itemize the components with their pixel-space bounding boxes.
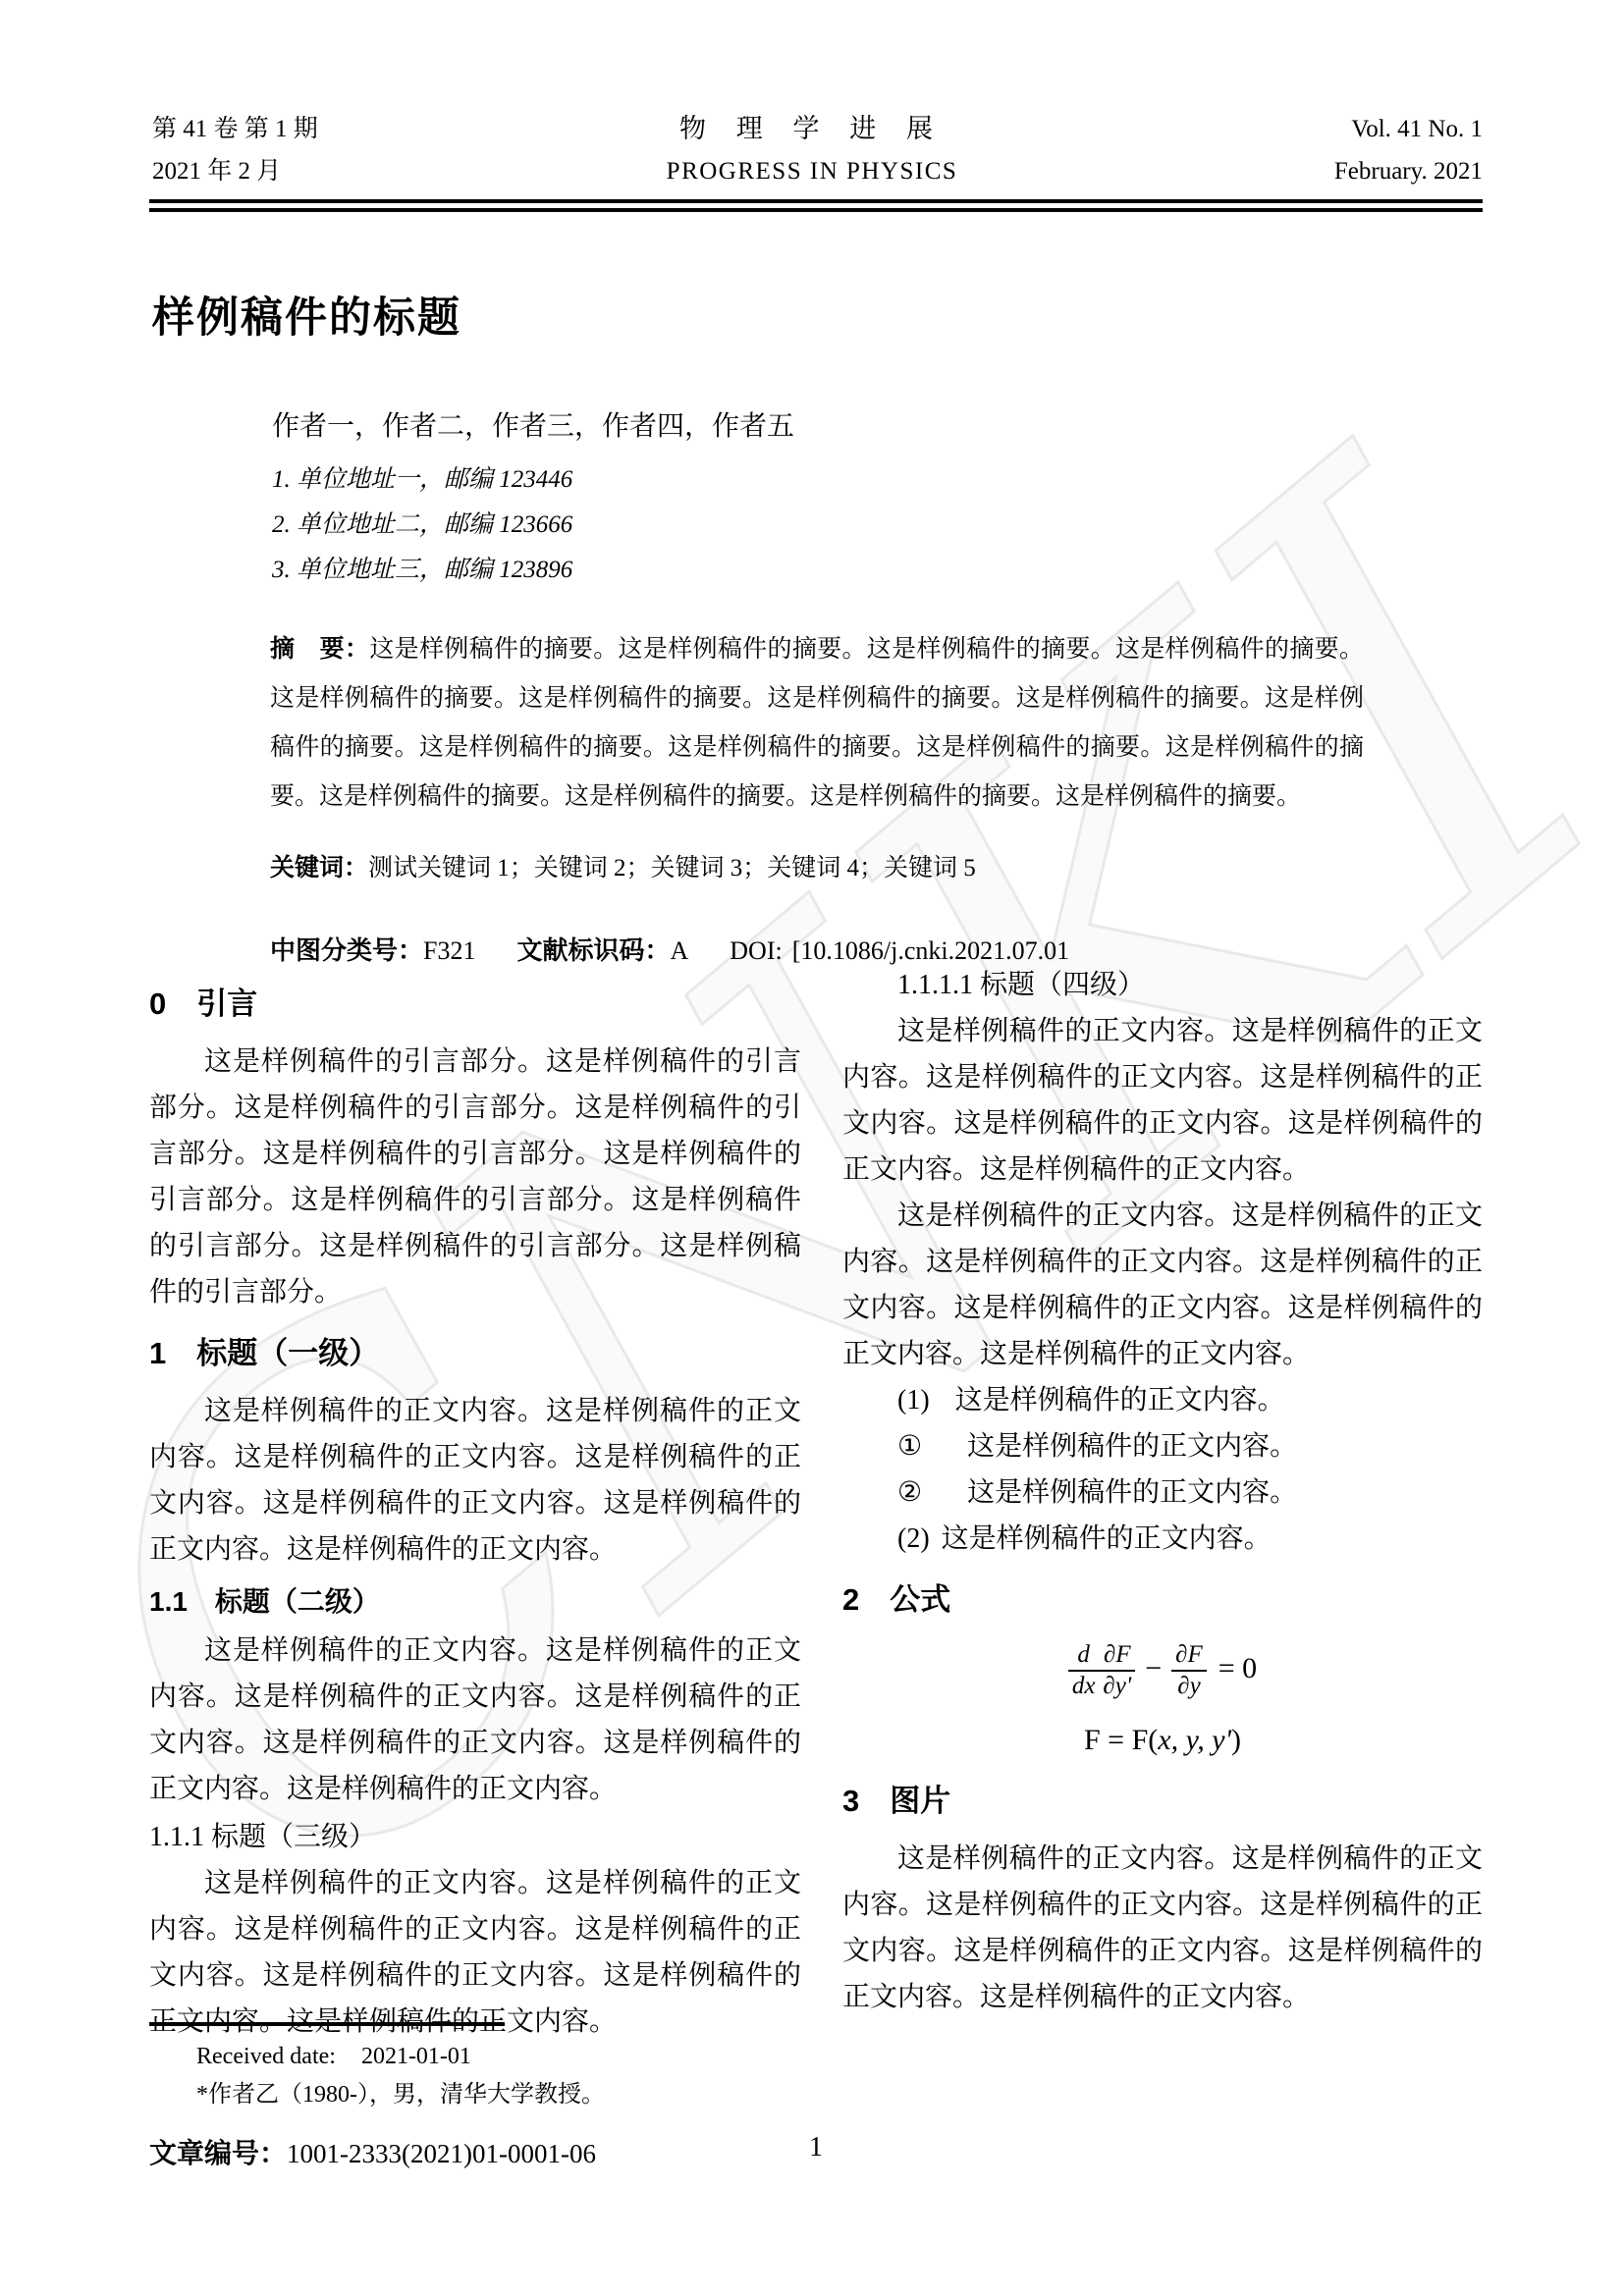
functional-definition-formula: F = F(x, y, y'): [842, 1717, 1483, 1763]
list-marker: (2): [897, 1516, 930, 1562]
keywords-line: 关键词：测试关键词 1；关键词 2；关键词 3；关键词 4；关键词 5: [270, 848, 976, 883]
received-date-line: Received date:2021-01-01: [196, 2038, 605, 2076]
document-code-value: A: [671, 936, 689, 965]
page-number: 1: [809, 2132, 823, 2163]
formula2-variables: x, y, y': [1158, 1724, 1231, 1756]
equals-zero: = 0: [1218, 1652, 1257, 1684]
fraction-dF-dyprime: ∂F∂y': [1099, 1640, 1135, 1701]
body-paragraph: 这是样例稿件的正文内容。这是样例稿件的正文内容。这是样例稿件的正文内容。这是样例…: [149, 1628, 801, 1812]
section-heading-level3: 1.1.1 标题（三级）: [149, 1814, 801, 1860]
euler-lagrange-formula: ddx∂F∂y'−∂F∂y= 0: [842, 1640, 1483, 1701]
affiliation-item: 2. 单位地址二，邮编 123666: [272, 503, 572, 548]
header-volume-issue-en: Vol. 41 No. 1: [1334, 108, 1483, 150]
list-item: ①这是样例稿件的正文内容。: [842, 1423, 1483, 1469]
received-date-label: Received date:: [196, 2044, 336, 2069]
author-list: 作者一，作者二，作者三，作者四，作者五: [272, 404, 794, 444]
list-marker: ②: [897, 1469, 922, 1516]
author-biography-note: *作者乙（1980-），男，清华大学教授。: [196, 2076, 605, 2114]
fraction-d-dx: ddx: [1068, 1640, 1100, 1701]
received-date-value: 2021-01-01: [361, 2044, 471, 2069]
header-date-en: February. 2021: [1334, 150, 1483, 192]
list-item: ②这是样例稿件的正文内容。: [842, 1469, 1483, 1516]
journal-page: CNKI 第 41 卷 第 1 期 2021 年 2 月 物 理 学 进 展 P…: [0, 0, 1624, 2296]
footnote-block: Received date:2021-01-01 *作者乙（1980-），男，清…: [196, 2038, 605, 2114]
fraction-dF-dy: ∂F∂y: [1171, 1640, 1207, 1701]
formula2-prefix: F = F(: [1084, 1724, 1158, 1756]
section-heading-intro: 0 引言: [149, 982, 801, 1027]
list-text: 这是样例稿件的正文内容。: [967, 1477, 1297, 1508]
affiliation-item: 3. 单位地址三，邮编 123896: [272, 548, 572, 593]
section-heading-formula: 2 公式: [842, 1577, 1483, 1623]
article-id-label: 文章编号：: [149, 2138, 287, 2168]
body-paragraph: 这是样例稿件的正文内容。这是样例稿件的正文内容。这是样例稿件的正文内容。这是样例…: [842, 1836, 1483, 2020]
list-item: (1)这是样例稿件的正文内容。: [842, 1377, 1483, 1423]
abstract-text: 这是样例稿件的摘要。这是样例稿件的摘要。这是样例稿件的摘要。这是样例稿件的摘要。…: [270, 636, 1364, 810]
article-id-value: 1001-2333(2021)01-0001-06: [287, 2139, 596, 2168]
list-item: (2)这是样例稿件的正文内容。: [842, 1516, 1483, 1562]
clc-number-value: F321: [423, 936, 475, 965]
clc-number-label: 中图分类号：: [270, 935, 423, 965]
list-text: 这是样例稿件的正文内容。: [942, 1523, 1272, 1554]
document-code-label: 文献标识码：: [516, 935, 670, 965]
keywords-text: 测试关键词 1；关键词 2；关键词 3；关键词 4；关键词 5: [368, 855, 976, 881]
affiliation-item: 1. 单位地址一，邮编 123446: [272, 457, 572, 503]
minus-sign: −: [1145, 1652, 1162, 1684]
list-marker: (1): [897, 1377, 930, 1423]
doi-value: [10.1086/j.cnki.2021.07.01: [792, 936, 1069, 965]
body-paragraph: 这是样例稿件的正文内容。这是样例稿件的正文内容。这是样例稿件的正文内容。这是样例…: [149, 1860, 801, 2045]
body-paragraph: 这是样例稿件的正文内容。这是样例稿件的正文内容。这是样例稿件的正文内容。这是样例…: [149, 1388, 801, 1573]
affiliation-list: 1. 单位地址一，邮编 123446 2. 单位地址二，邮编 123666 3.…: [272, 457, 572, 593]
abstract-label: 摘 要：: [270, 635, 369, 663]
keywords-label: 关键词：: [270, 854, 368, 881]
doi-label: DOI:: [730, 936, 782, 965]
body-paragraph: 这是样例稿件的正文内容。这是样例稿件的正文内容。这是样例稿件的正文内容。这是样例…: [842, 1008, 1483, 1193]
section-heading-level1: 1 标题（一级）: [149, 1331, 801, 1376]
header-right: Vol. 41 No. 1 February. 2021: [1334, 108, 1483, 192]
section-heading-level2: 1.1 标题（二级）: [149, 1580, 801, 1624]
footnote-rule: [149, 2022, 505, 2026]
left-column: 0 引言 这是样例稿件的引言部分。这是样例稿件的引言部分。这是样例稿件的引言部分…: [149, 982, 801, 2045]
abstract-paragraph: 摘 要：这是样例稿件的摘要。这是样例稿件的摘要。这是样例稿件的摘要。这是样例稿件…: [270, 624, 1364, 822]
right-column: 1.1.1.1 标题（四级） 这是样例稿件的正文内容。这是样例稿件的正文内容。这…: [842, 962, 1483, 2020]
formula2-suffix: ): [1231, 1724, 1241, 1756]
article-title: 样例稿件的标题: [152, 285, 461, 345]
page-footer: 文章编号：1001-2333(2021)01-0001-06 1: [149, 2132, 1483, 2171]
body-paragraph: 这是样例稿件的正文内容。这是样例稿件的正文内容。这是样例稿件的正文内容。这是样例…: [842, 1193, 1483, 1377]
intro-paragraph: 这是样例稿件的引言部分。这是样例稿件的引言部分。这是样例稿件的引言部分。这是样例…: [149, 1039, 801, 1315]
section-heading-level4: 1.1.1.1 标题（四级）: [842, 962, 1483, 1008]
section-heading-figure: 3 图片: [842, 1779, 1483, 1824]
header-double-rule: [149, 199, 1483, 212]
list-text: 这是样例稿件的正文内容。: [967, 1431, 1297, 1462]
list-text: 这是样例稿件的正文内容。: [955, 1385, 1285, 1415]
list-marker: ①: [897, 1423, 922, 1469]
